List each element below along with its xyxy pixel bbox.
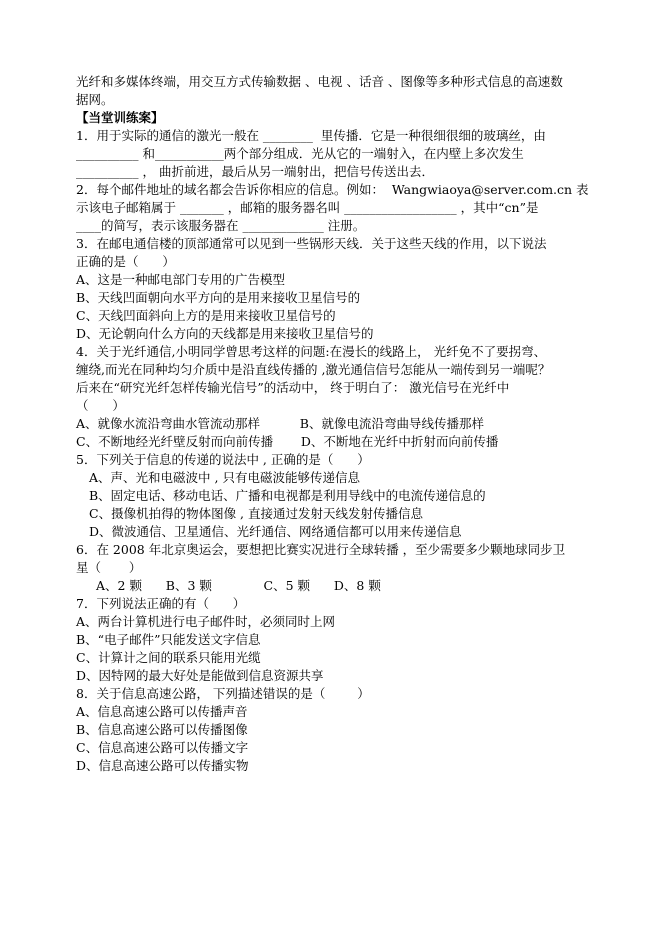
q6-stem-1: 6．在 2008 年北京奥运会，要想把比赛实况进行全球转播 ，至少需要多少颗地球…: [76, 541, 598, 559]
q3-option-b: B、天线凹面朝向水平方向的是用来接收卫星信号的: [76, 289, 598, 307]
q2-line-1: 2．每个邮件地址的域名都会告诉你相应的信息。例如： Wangwiaoya@ser…: [76, 181, 598, 199]
q7-option-c: C、计算计之间的联系只能用光缆: [76, 649, 598, 667]
intro-line-1: 光纤和多媒体终端，用交互方式传输数据 、电视 、话音 、图像等多种形式信息的高速…: [76, 73, 598, 91]
q7-option-b: B、“电子邮件”只能发送文字信息: [76, 631, 598, 649]
q3-stem-1: 3．在邮电通信楼的顶部通常可以见到一些锅形天线．关于这些天线的作用，以下说法: [76, 235, 598, 253]
q4-options-ab: A、就像水流沿弯曲水管流动那样 B、就像电流沿弯曲导线传播那样: [76, 415, 598, 433]
q7-option-a: A、两台计算机进行电子邮件时，必须同时上网: [76, 613, 598, 631]
q4-stem-3: 后来在“研究光纤怎样传输光信号”的活动中， 终于明白了： 激光信号在光纤中: [76, 379, 598, 397]
q6-stem-2: 星（ ）: [76, 559, 598, 577]
worksheet-document: 光纤和多媒体终端，用交互方式传输数据 、电视 、话音 、图像等多种形式信息的高速…: [76, 73, 598, 775]
q6-options: A、2 颗 B、3 颗 C、5 颗 D、8 颗: [76, 577, 598, 595]
q8-stem: 8．关于信息高速公路， 下列描述错误的是（ ）: [76, 685, 598, 703]
q4-stem-1: 4．关于光纤通信,小明同学曾思考这样的问题:在漫长的线路上， 光纤免不了要拐弯、: [76, 343, 598, 361]
q5-option-d: D、微波通信、卫星通信、光纤通信、网络通信都可以用来传递信息: [76, 523, 598, 541]
q3-option-c: C、天线凹面斜向上方的是用来接收卫星信号的: [76, 307, 598, 325]
q4-stem-4: （ ）: [76, 397, 598, 415]
q4-stem-2: 缠绕,而光在同种均匀介质中是沿直线传播的 ,激光通信信号怎能从一端传到另一端呢？: [76, 361, 598, 379]
q8-option-c: C、信息高速公路可以传播文字: [76, 739, 598, 757]
q2-line-3: ____的简写，表示该服务器在 _____________ 注册。: [76, 217, 598, 235]
q8-option-a: A、信息高速公路可以传播声音: [76, 703, 598, 721]
section-title: 【当堂训练案】: [76, 109, 598, 127]
q7-stem: 7．下列说法正确的有（ ）: [76, 595, 598, 613]
q1-line-1: 1．用于实际的通信的激光一般在 ________ 里传播．它是一种很细很细的玻璃…: [76, 127, 598, 145]
q5-option-a: A、声、光和电磁波中 , 只有电磁波能够传递信息: [76, 469, 598, 487]
q1-line-3: __________ ， 曲折前进，最后从另一端射出，把信号传送出去．: [76, 163, 598, 181]
intro-line-2: 据网。: [76, 91, 598, 109]
q3-stem-2: 正确的是（ ）: [76, 253, 598, 271]
q3-option-a: A、这是一种邮电部门专用的广告模型: [76, 271, 598, 289]
q3-option-d: D、无论朝向什么方向的天线都是用来接收卫星信号的: [76, 325, 598, 343]
q8-option-b: B、信息高速公路可以传播图像: [76, 721, 598, 739]
q4-options-cd: C、不断地经光纤壁反射而向前传播 D、不断地在光纤中折射而向前传播: [76, 433, 598, 451]
q8-option-d: D、信息高速公路可以传播实物: [76, 757, 598, 775]
q5-stem: 5．下列关于信息的传递的说法中 , 正确的是（ ）: [76, 451, 598, 469]
q5-option-c: C、摄像机拍得的物体图像 , 直接通过发射天线发射传播信息: [76, 505, 598, 523]
q7-option-d: D、因特网的最大好处是能做到信息资源共享: [76, 667, 598, 685]
q5-option-b: B、固定电话、移动电话、广播和电视都是利用导线中的电流传递信息的: [76, 487, 598, 505]
q1-line-2: __________ 和___________两个部分组成．光从它的一端射入，在…: [76, 145, 598, 163]
q2-line-2: 示该电子邮箱属于 _______ ，邮箱的服务器名叫 _____________…: [76, 199, 598, 217]
